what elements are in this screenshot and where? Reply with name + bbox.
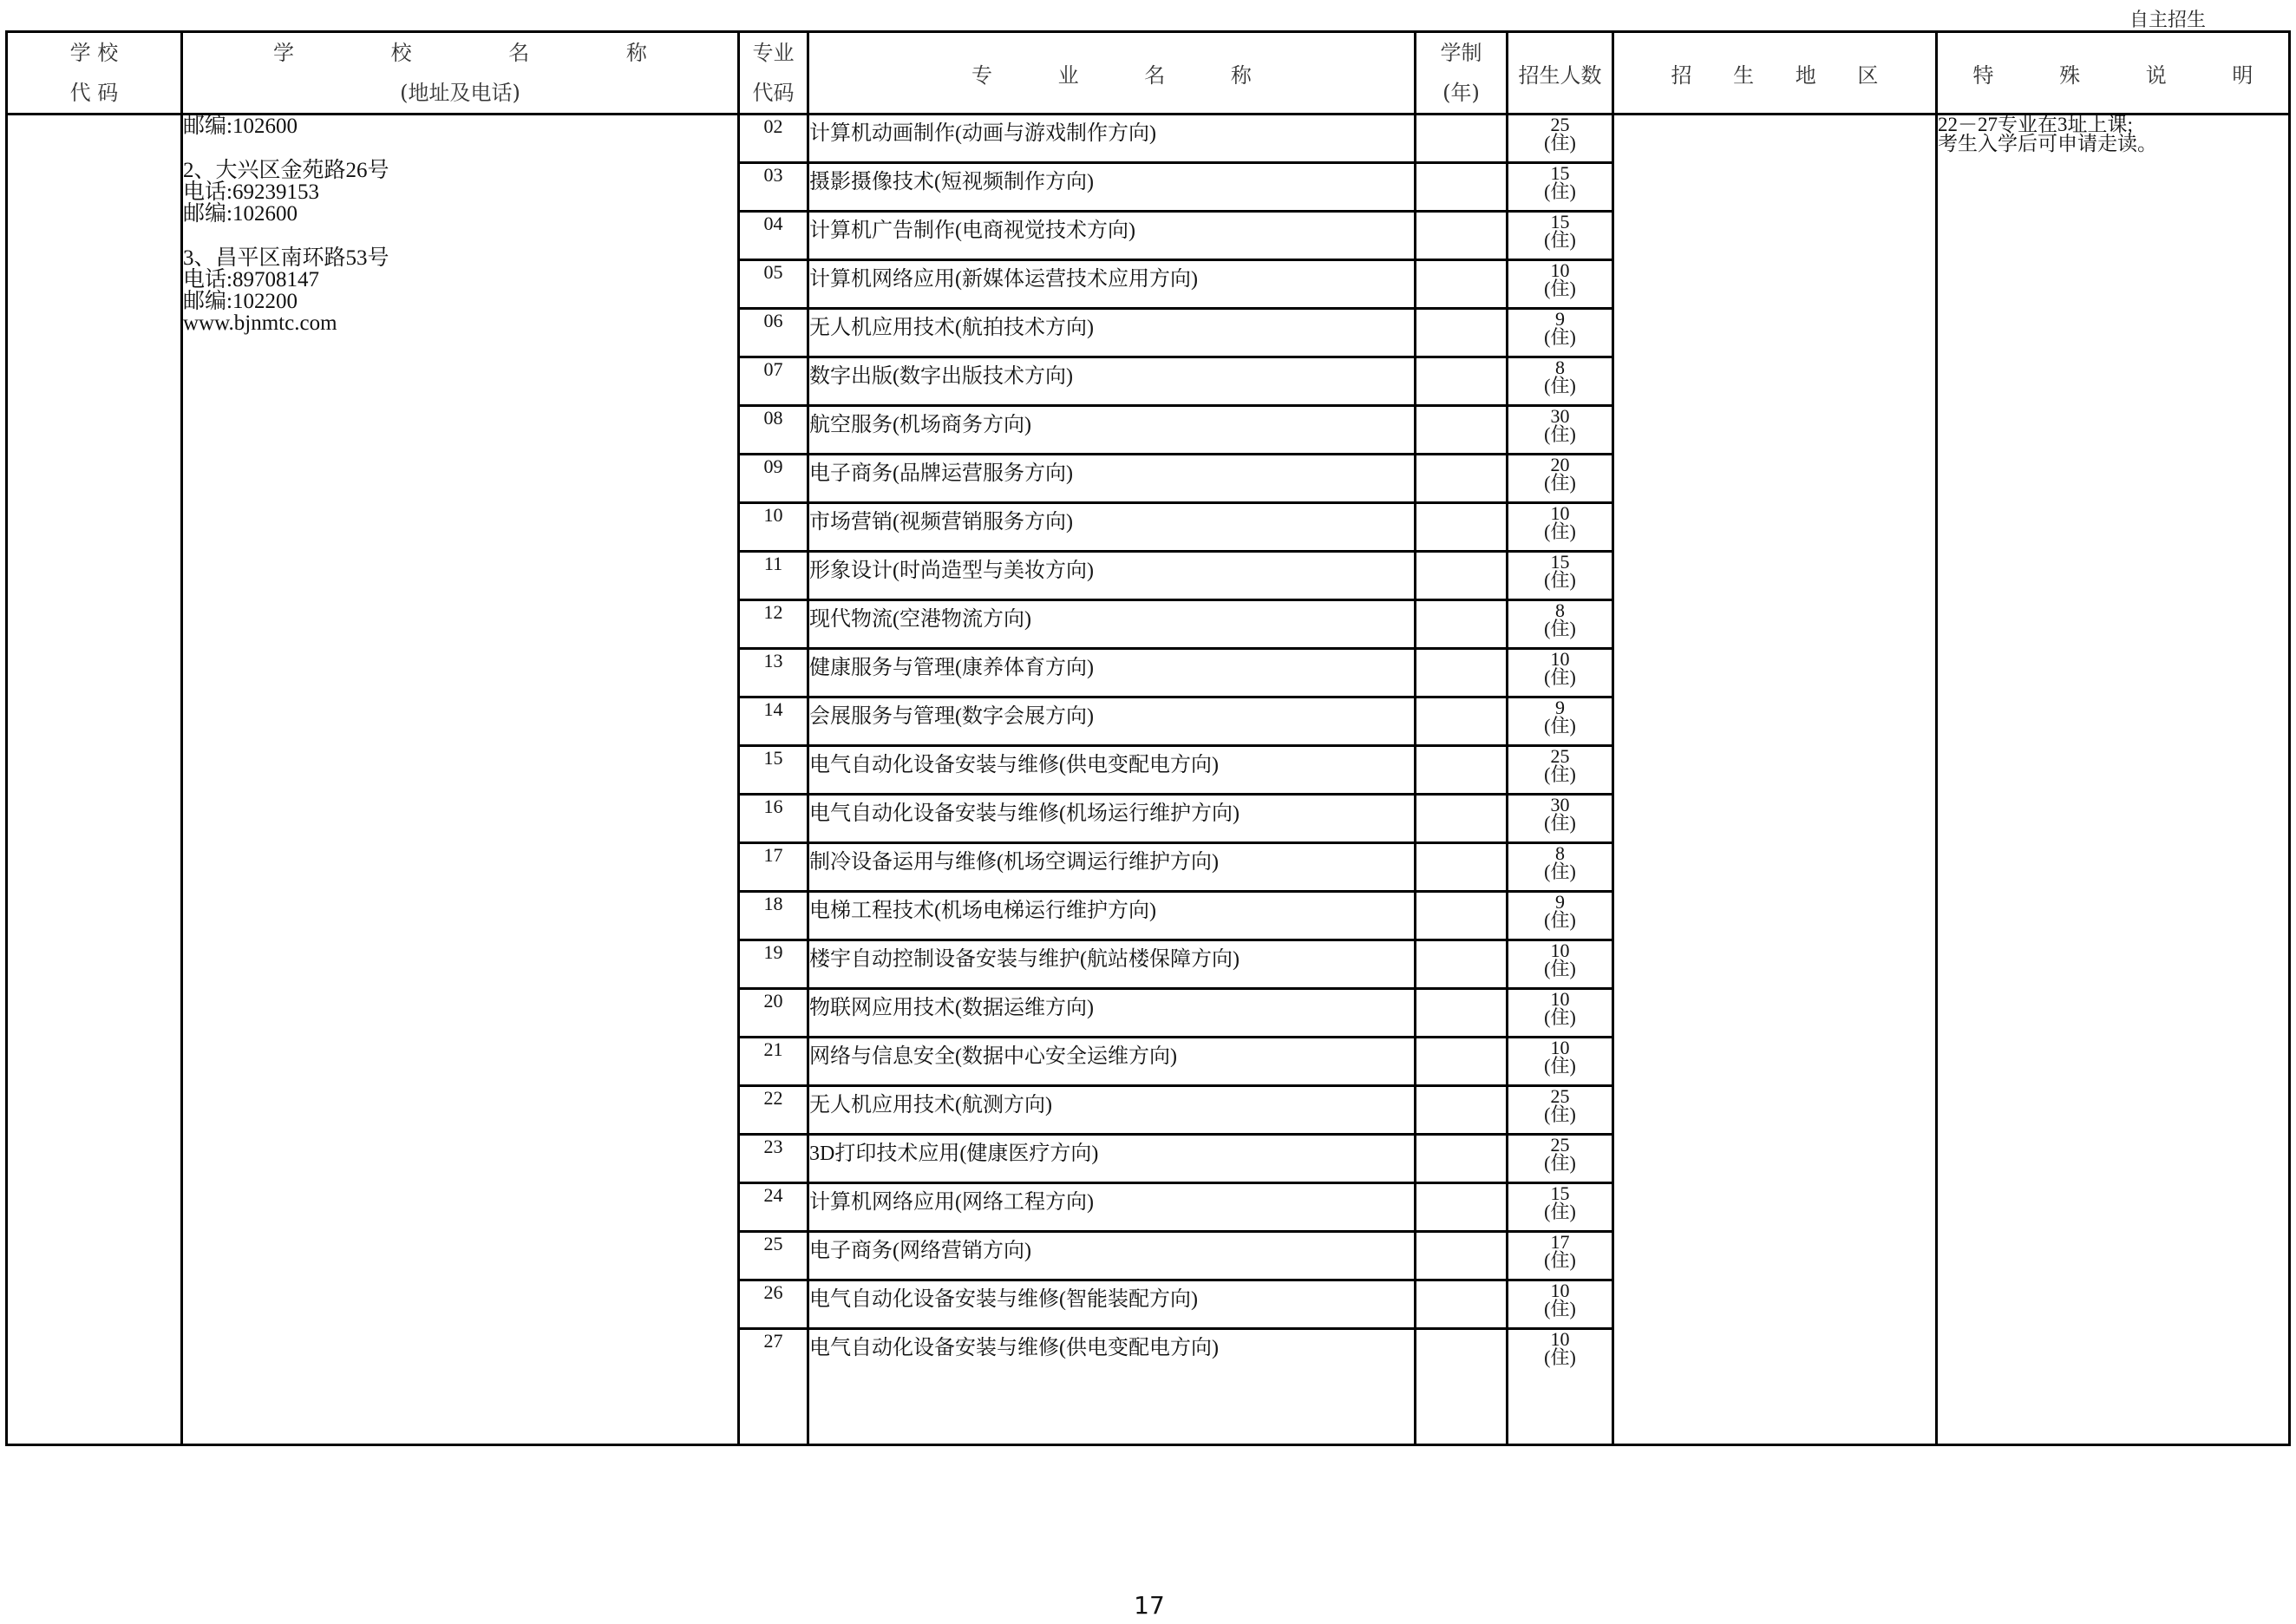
header-major-name-text: 专 业 名 称 bbox=[942, 63, 1281, 88]
major-name: 形象设计(时尚造型与美妆方向) bbox=[808, 552, 1416, 600]
enrollment-count: 8 bbox=[1508, 844, 1612, 862]
boarding-type: (住) bbox=[1508, 1008, 1612, 1026]
major-name: 网络与信息安全(数据中心安全运维方向) bbox=[808, 1038, 1416, 1086]
major-code: 17 bbox=[739, 843, 808, 892]
major-years bbox=[1416, 357, 1508, 406]
major-years bbox=[1416, 892, 1508, 940]
enrollment-count-cell: 10(住) bbox=[1508, 503, 1613, 552]
major-code: 06 bbox=[739, 309, 808, 357]
header-notes: 特 殊 说 明 bbox=[1937, 32, 2290, 115]
boarding-type: (住) bbox=[1508, 765, 1612, 783]
page-category-label: 自主招生 bbox=[2129, 5, 2206, 32]
region-cell bbox=[1613, 115, 1937, 1445]
major-name: 无人机应用技术(航测方向) bbox=[808, 1086, 1416, 1135]
major-code: 08 bbox=[739, 406, 808, 455]
major-code: 23 bbox=[739, 1135, 808, 1183]
major-code: 14 bbox=[739, 697, 808, 746]
enrollment-count: 17 bbox=[1508, 1233, 1612, 1251]
enrollment-count: 8 bbox=[1508, 601, 1612, 619]
boarding-type: (住) bbox=[1508, 619, 1612, 638]
header-school-code-line2: 代 码 bbox=[8, 73, 180, 113]
major-name: 楼宇自动控制设备安装与维护(航站楼保障方向) bbox=[808, 940, 1416, 989]
major-code: 07 bbox=[739, 357, 808, 406]
major-code: 22 bbox=[739, 1086, 808, 1135]
enrollment-count-cell: 15(住) bbox=[1508, 552, 1613, 600]
enrollment-count: 9 bbox=[1508, 698, 1612, 717]
major-code: 16 bbox=[739, 795, 808, 843]
enrollment-count-cell: 30(住) bbox=[1508, 795, 1613, 843]
enrollment-count: 9 bbox=[1508, 893, 1612, 911]
major-code: 20 bbox=[739, 989, 808, 1038]
note-line: 考生入学后可申请走读。 bbox=[1938, 134, 2288, 154]
major-code: 12 bbox=[739, 600, 808, 649]
major-years bbox=[1416, 503, 1508, 552]
boarding-type: (住) bbox=[1508, 959, 1612, 978]
enrollment-count: 30 bbox=[1508, 407, 1612, 425]
enrollment-count-cell: 20(住) bbox=[1508, 455, 1613, 503]
table-header-row: 学 校 代 码 学 校 名 称 (地址及电话) 专业 代码 专 业 名 称 学制… bbox=[7, 32, 2290, 115]
major-code: 26 bbox=[739, 1280, 808, 1329]
major-code: 13 bbox=[739, 649, 808, 697]
major-years bbox=[1416, 260, 1508, 309]
enrollment-count: 10 bbox=[1508, 1281, 1612, 1300]
boarding-type: (住) bbox=[1508, 1251, 1612, 1269]
boarding-type: (住) bbox=[1508, 571, 1612, 589]
header-notes-text: 特 殊 说 明 bbox=[1944, 63, 2283, 88]
major-years bbox=[1416, 843, 1508, 892]
enrollment-count: 20 bbox=[1508, 455, 1612, 474]
major-name: 电气自动化设备安装与维修(供电变配电方向) bbox=[808, 746, 1416, 795]
table-body: 邮编:1026002、大兴区金苑路26号电话:69239153邮编:102600… bbox=[7, 115, 2290, 1445]
major-code: 27 bbox=[739, 1329, 808, 1445]
major-name: 制冷设备运用与维修(机场空调运行维护方向) bbox=[808, 843, 1416, 892]
enrollment-count-cell: 15(住) bbox=[1508, 212, 1613, 260]
school-info-line: 邮编:102600 bbox=[183, 115, 737, 137]
major-years bbox=[1416, 1086, 1508, 1135]
major-code: 04 bbox=[739, 212, 808, 260]
major-code: 02 bbox=[739, 115, 808, 163]
enrollment-count-cell: 10(住) bbox=[1508, 260, 1613, 309]
major-years bbox=[1416, 163, 1508, 212]
school-code-cell bbox=[7, 115, 182, 1445]
major-years bbox=[1416, 649, 1508, 697]
header-school-name-line1: 学 校 名 称 bbox=[183, 33, 737, 73]
enrollment-count: 10 bbox=[1508, 1330, 1612, 1348]
major-years bbox=[1416, 746, 1508, 795]
enrollment-count: 10 bbox=[1508, 261, 1612, 279]
boarding-type: (住) bbox=[1508, 862, 1612, 881]
enrollment-count: 25 bbox=[1508, 1136, 1612, 1154]
enrollment-count: 25 bbox=[1508, 1087, 1612, 1105]
major-years bbox=[1416, 1280, 1508, 1329]
boarding-type: (住) bbox=[1508, 474, 1612, 492]
boarding-type: (住) bbox=[1508, 377, 1612, 395]
boarding-type: (住) bbox=[1508, 717, 1612, 735]
school-info-line: 2、大兴区金苑路26号 bbox=[183, 160, 737, 181]
boarding-type: (住) bbox=[1508, 1300, 1612, 1318]
major-name: 航空服务(机场商务方向) bbox=[808, 406, 1416, 455]
enrollment-count-cell: 8(住) bbox=[1508, 600, 1613, 649]
major-code: 15 bbox=[739, 746, 808, 795]
enrollment-count-cell: 9(住) bbox=[1508, 697, 1613, 746]
major-years bbox=[1416, 115, 1508, 163]
boarding-type: (住) bbox=[1508, 279, 1612, 298]
major-years bbox=[1416, 697, 1508, 746]
school-info-line: 邮编:102200 bbox=[183, 291, 737, 312]
major-years bbox=[1416, 940, 1508, 989]
enrollment-count-cell: 25(住) bbox=[1508, 746, 1613, 795]
enrollment-count-cell: 10(住) bbox=[1508, 1038, 1613, 1086]
major-code: 24 bbox=[739, 1183, 808, 1232]
header-school-name-line2: (地址及电话) bbox=[183, 73, 737, 113]
boarding-type: (住) bbox=[1508, 911, 1612, 929]
enrollment-count-cell: 25(住) bbox=[1508, 115, 1613, 163]
major-code: 03 bbox=[739, 163, 808, 212]
major-code: 25 bbox=[739, 1232, 808, 1280]
boarding-type: (住) bbox=[1508, 182, 1612, 200]
boarding-type: (住) bbox=[1508, 328, 1612, 346]
enrollment-count-cell: 10(住) bbox=[1508, 1280, 1613, 1329]
header-major-code-line1: 专业 bbox=[740, 33, 807, 73]
major-years bbox=[1416, 600, 1508, 649]
header-major-code-line2: 代码 bbox=[740, 73, 807, 113]
school-info-line: 3、昌平区南环路53号 bbox=[183, 247, 737, 269]
major-code: 09 bbox=[739, 455, 808, 503]
enrollment-count: 9 bbox=[1508, 310, 1612, 328]
major-name: 摄影摄像技术(短视频制作方向) bbox=[808, 163, 1416, 212]
boarding-type: (住) bbox=[1508, 425, 1612, 443]
major-years bbox=[1416, 1135, 1508, 1183]
enrollment-count-cell: 10(住) bbox=[1508, 649, 1613, 697]
header-region-text: 招 生 地 区 bbox=[1654, 63, 1896, 88]
header-school-name: 学 校 名 称 (地址及电话) bbox=[182, 32, 739, 115]
major-years bbox=[1416, 309, 1508, 357]
header-school-code: 学 校 代 码 bbox=[7, 32, 182, 115]
info-spacer bbox=[183, 225, 737, 247]
major-name: 电子商务(品牌运营服务方向) bbox=[808, 455, 1416, 503]
major-name: 电气自动化设备安装与维修(智能装配方向) bbox=[808, 1280, 1416, 1329]
enrollment-count: 10 bbox=[1508, 990, 1612, 1008]
major-name: 电子商务(网络营销方向) bbox=[808, 1232, 1416, 1280]
enrollment-count: 15 bbox=[1508, 164, 1612, 182]
major-years bbox=[1416, 1038, 1508, 1086]
enrollment-count: 10 bbox=[1508, 941, 1612, 959]
boarding-type: (住) bbox=[1508, 1348, 1612, 1366]
enrollment-count: 15 bbox=[1508, 553, 1612, 571]
major-code: 10 bbox=[739, 503, 808, 552]
major-name: 计算机动画制作(动画与游戏制作方向) bbox=[808, 115, 1416, 163]
school-info-line: www.bjnmtc.com bbox=[183, 312, 737, 334]
enrollment-count-cell: 10(住) bbox=[1508, 1329, 1613, 1445]
page-number: 17 bbox=[1128, 1591, 1171, 1620]
enrollment-count: 15 bbox=[1508, 1184, 1612, 1202]
notes-cell: 22－27专业在3址上课;考生入学后可申请走读。 bbox=[1937, 115, 2290, 1445]
header-region: 招 生 地 区 bbox=[1613, 32, 1937, 115]
enrollment-count-cell: 17(住) bbox=[1508, 1232, 1613, 1280]
enrollment-count-cell: 8(住) bbox=[1508, 357, 1613, 406]
major-name: 数字出版(数字出版技术方向) bbox=[808, 357, 1416, 406]
admissions-table: 学 校 代 码 学 校 名 称 (地址及电话) 专业 代码 专 业 名 称 学制… bbox=[5, 30, 2291, 1446]
school-info-line: 电话:89708147 bbox=[183, 269, 737, 291]
enrollment-count-cell: 9(住) bbox=[1508, 309, 1613, 357]
boarding-type: (住) bbox=[1508, 1057, 1612, 1075]
major-name: 现代物流(空港物流方向) bbox=[808, 600, 1416, 649]
major-name: 电梯工程技术(机场电梯运行维护方向) bbox=[808, 892, 1416, 940]
school-info-line: 电话:69239153 bbox=[183, 181, 737, 203]
major-name: 计算机广告制作(电商视觉技术方向) bbox=[808, 212, 1416, 260]
major-name: 市场营销(视频营销服务方向) bbox=[808, 503, 1416, 552]
enrollment-count: 15 bbox=[1508, 213, 1612, 231]
enrollment-count-cell: 25(住) bbox=[1508, 1135, 1613, 1183]
boarding-type: (住) bbox=[1508, 1154, 1612, 1172]
enrollment-count: 30 bbox=[1508, 796, 1612, 814]
major-code: 05 bbox=[739, 260, 808, 309]
boarding-type: (住) bbox=[1508, 522, 1612, 540]
enrollment-count: 10 bbox=[1508, 504, 1612, 522]
enrollment-count-cell: 10(住) bbox=[1508, 940, 1613, 989]
major-name: 物联网应用技术(数据运维方向) bbox=[808, 989, 1416, 1038]
major-years bbox=[1416, 1329, 1508, 1445]
major-name: 计算机网络应用(网络工程方向) bbox=[808, 1183, 1416, 1232]
header-major-code: 专业 代码 bbox=[739, 32, 808, 115]
major-name: 电气自动化设备安装与维修(供电变配电方向) bbox=[808, 1329, 1416, 1445]
info-spacer bbox=[183, 137, 737, 160]
header-enrollment-text: 招生人数 bbox=[1519, 63, 1602, 88]
enrollment-count: 25 bbox=[1508, 115, 1612, 134]
school-info-cell: 邮编:1026002、大兴区金苑路26号电话:69239153邮编:102600… bbox=[182, 115, 739, 1445]
enrollment-count-cell: 8(住) bbox=[1508, 843, 1613, 892]
boarding-type: (住) bbox=[1508, 668, 1612, 686]
major-years bbox=[1416, 795, 1508, 843]
major-code: 11 bbox=[739, 552, 808, 600]
header-years-line1: 学制 bbox=[1416, 33, 1506, 73]
enrollment-count-cell: 25(住) bbox=[1508, 1086, 1613, 1135]
major-name: 电气自动化设备安装与维修(机场运行维护方向) bbox=[808, 795, 1416, 843]
enrollment-count: 10 bbox=[1508, 650, 1612, 668]
major-name: 3D打印技术应用(健康医疗方向) bbox=[808, 1135, 1416, 1183]
major-years bbox=[1416, 212, 1508, 260]
major-name: 无人机应用技术(航拍技术方向) bbox=[808, 309, 1416, 357]
major-name: 计算机网络应用(新媒体运营技术应用方向) bbox=[808, 260, 1416, 309]
boarding-type: (住) bbox=[1508, 134, 1612, 152]
enrollment-count: 25 bbox=[1508, 747, 1612, 765]
major-code: 19 bbox=[739, 940, 808, 989]
major-years bbox=[1416, 1183, 1508, 1232]
boarding-type: (住) bbox=[1508, 1202, 1612, 1221]
header-years-line2: (年) bbox=[1416, 73, 1506, 113]
major-years bbox=[1416, 455, 1508, 503]
major-name: 会展服务与管理(数字会展方向) bbox=[808, 697, 1416, 746]
major-years bbox=[1416, 1232, 1508, 1280]
boarding-type: (住) bbox=[1508, 231, 1612, 249]
major-code: 21 bbox=[739, 1038, 808, 1086]
major-name: 健康服务与管理(康养体育方向) bbox=[808, 649, 1416, 697]
enrollment-count: 8 bbox=[1508, 358, 1612, 377]
header-major-name: 专 业 名 称 bbox=[808, 32, 1416, 115]
table-row: 邮编:1026002、大兴区金苑路26号电话:69239153邮编:102600… bbox=[7, 115, 2290, 163]
enrollment-count: 10 bbox=[1508, 1038, 1612, 1057]
major-years bbox=[1416, 552, 1508, 600]
header-enrollment: 招生人数 bbox=[1508, 32, 1613, 115]
header-years: 学制 (年) bbox=[1416, 32, 1508, 115]
major-years bbox=[1416, 989, 1508, 1038]
note-line: 22－27专业在3址上课; bbox=[1938, 115, 2288, 134]
enrollment-count-cell: 10(住) bbox=[1508, 989, 1613, 1038]
boarding-type: (住) bbox=[1508, 814, 1612, 832]
enrollment-count-cell: 15(住) bbox=[1508, 163, 1613, 212]
school-info-line: 邮编:102600 bbox=[183, 203, 737, 225]
boarding-type: (住) bbox=[1508, 1105, 1612, 1123]
enrollment-count-cell: 30(住) bbox=[1508, 406, 1613, 455]
major-code: 18 bbox=[739, 892, 808, 940]
major-years bbox=[1416, 406, 1508, 455]
header-school-code-line1: 学 校 bbox=[8, 33, 180, 73]
enrollment-count-cell: 9(住) bbox=[1508, 892, 1613, 940]
enrollment-count-cell: 15(住) bbox=[1508, 1183, 1613, 1232]
